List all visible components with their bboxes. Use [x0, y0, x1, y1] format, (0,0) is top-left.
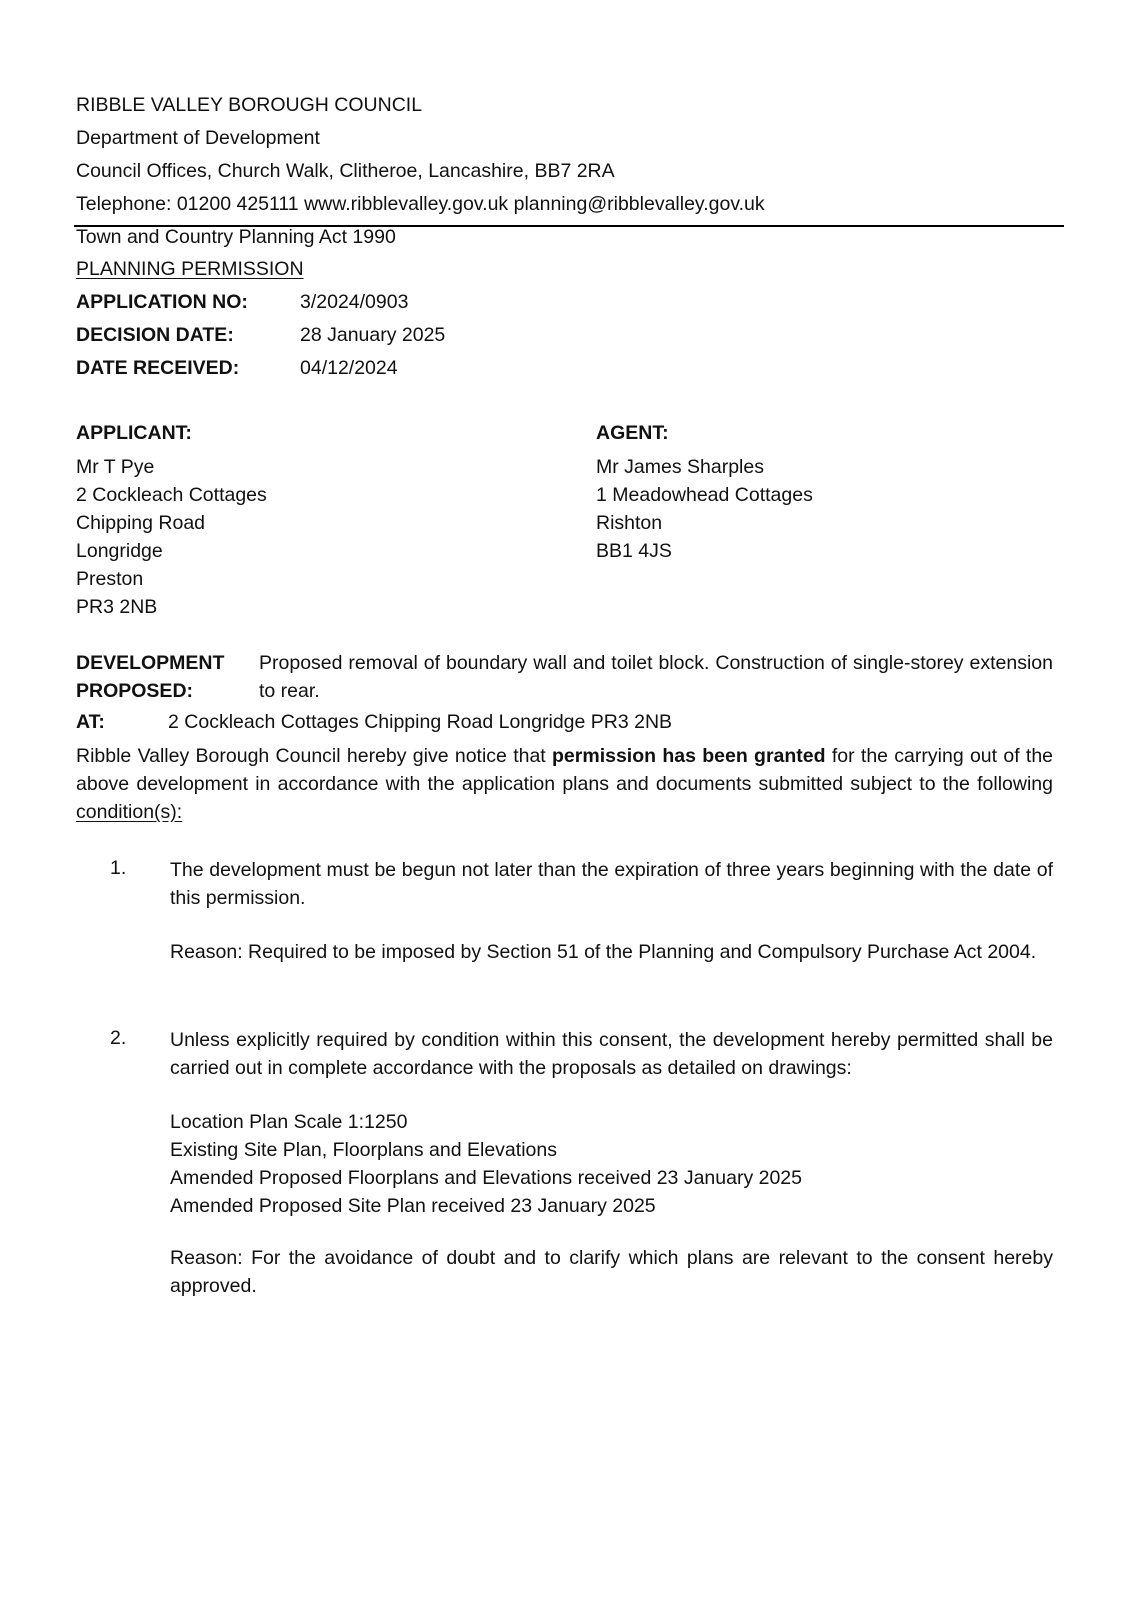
applicant-line: Preston: [76, 565, 267, 593]
agent-line: Mr James Sharples: [596, 453, 813, 481]
applicant-line: 2 Cockleach Cottages: [76, 481, 267, 509]
application-no-label: APPLICATION NO:: [76, 291, 248, 314]
site-label: AT:: [76, 711, 105, 734]
applicant-line: Longridge: [76, 537, 267, 565]
drawing-item: Amended Proposed Site Plan received 23 J…: [170, 1192, 802, 1220]
applicant-heading: APPLICANT:: [76, 422, 192, 445]
council-address: Council Offices, Church Walk, Clitheroe,…: [76, 160, 615, 183]
notice-conditions: condition(s):: [76, 801, 182, 823]
agent-address: Mr James Sharples 1 Meadowhead Cottages …: [596, 453, 813, 565]
act-title: Town and Country Planning Act 1990: [76, 226, 396, 249]
planning-permission-document: RIBBLE VALLEY BOROUGH COUNCIL Department…: [0, 0, 1131, 1600]
development-label: DEVELOPMENT PROPOSED:: [76, 649, 224, 705]
condition-reason: Reason: For the avoidance of doubt and t…: [170, 1244, 1053, 1300]
applicant-address: Mr T Pye 2 Cockleach Cottages Chipping R…: [76, 453, 267, 621]
condition-number: 2.: [110, 1027, 126, 1050]
decision-date-label: DECISION DATE:: [76, 324, 234, 347]
permission-notice: Ribble Valley Borough Council hereby giv…: [76, 742, 1053, 826]
decision-date-value: 28 January 2025: [300, 324, 445, 347]
notice-text: Ribble Valley Borough Council hereby giv…: [76, 745, 552, 767]
applicant-line: Mr T Pye: [76, 453, 267, 481]
applicant-line: PR3 2NB: [76, 593, 267, 621]
drawings-list: Location Plan Scale 1:1250 Existing Site…: [170, 1108, 802, 1220]
condition-text: Unless explicitly required by condition …: [170, 1026, 1053, 1082]
agent-line: 1 Meadowhead Cottages: [596, 481, 813, 509]
agent-heading: AGENT:: [596, 422, 669, 445]
condition-reason: Reason: Required to be imposed by Sectio…: [170, 938, 1053, 966]
agent-line: BB1 4JS: [596, 537, 813, 565]
applicant-line: Chipping Road: [76, 509, 267, 537]
condition-text: The development must be begun not later …: [170, 856, 1053, 912]
development-label-line1: DEVELOPMENT: [76, 649, 224, 677]
agent-line: Rishton: [596, 509, 813, 537]
condition-number: 1.: [110, 857, 126, 880]
drawing-item: Existing Site Plan, Floorplans and Eleva…: [170, 1136, 802, 1164]
document-type: PLANNING PERMISSION: [76, 258, 304, 281]
development-description: Proposed removal of boundary wall and to…: [259, 649, 1053, 705]
council-name: RIBBLE VALLEY BOROUGH COUNCIL: [76, 94, 422, 117]
contact-line: Telephone: 01200 425111 www.ribblevalley…: [76, 193, 765, 216]
application-no-value: 3/2024/0903: [300, 291, 408, 314]
date-received-label: DATE RECEIVED:: [76, 357, 239, 380]
site-address: 2 Cockleach Cottages Chipping Road Longr…: [168, 711, 672, 734]
drawing-item: Location Plan Scale 1:1250: [170, 1108, 802, 1136]
department-name: Department of Development: [76, 127, 320, 150]
date-received-value: 04/12/2024: [300, 357, 398, 380]
development-label-line2: PROPOSED:: [76, 677, 224, 705]
notice-granted: permission has been granted: [552, 745, 826, 767]
drawing-item: Amended Proposed Floorplans and Elevatio…: [170, 1164, 802, 1192]
